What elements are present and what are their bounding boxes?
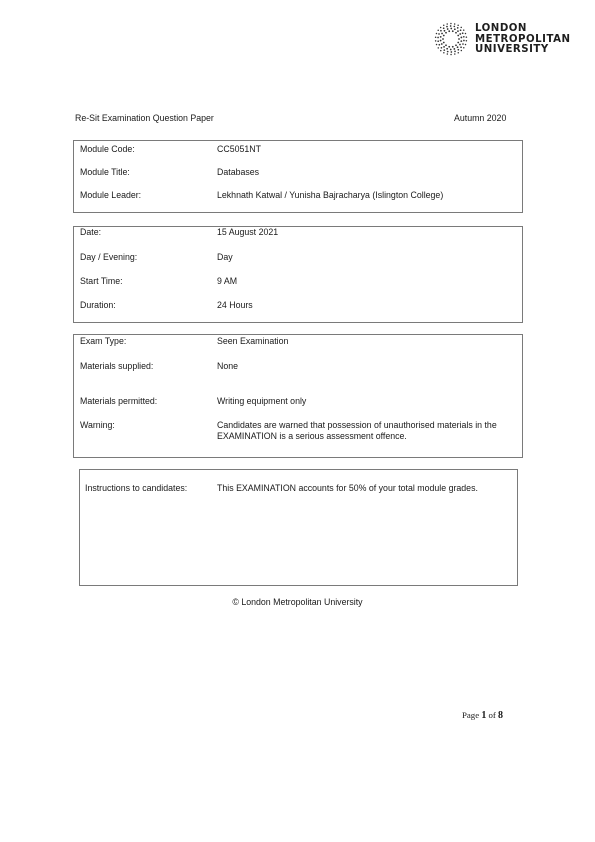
exam-type-value: Seen Examination — [217, 336, 288, 346]
page-prefix: Page — [462, 710, 479, 720]
day-evening-value: Day — [217, 252, 233, 262]
duration-value: 24 Hours — [217, 300, 253, 310]
module-info-box: Module Code: CC5051NT Module Title: Data… — [73, 140, 523, 213]
module-title-value: Databases — [217, 167, 259, 177]
schedule-box: Date: 15 August 2021 Day / Evening: Day … — [73, 226, 523, 323]
instructions-value: This EXAMINATION accounts for 50% of you… — [217, 483, 478, 493]
paper-title: Re-Sit Examination Question Paper — [75, 113, 214, 123]
start-time-label: Start Time: — [80, 276, 123, 286]
materials-supplied-label: Materials supplied: — [80, 361, 153, 371]
start-time-value: 9 AM — [217, 276, 237, 286]
module-title-label: Module Title: — [80, 167, 130, 177]
page-current: 1 — [481, 710, 486, 721]
copyright-notice: © London Metropolitan University — [0, 597, 595, 607]
date-label: Date: — [80, 227, 101, 237]
materials-permitted-label: Materials permitted: — [80, 396, 157, 406]
module-leader-label: Module Leader: — [80, 190, 141, 200]
logo-text: LONDON METROPOLITAN UNIVERSITY — [475, 24, 571, 56]
logo-line-1: LONDON — [475, 24, 571, 35]
university-logo: LONDON METROPOLITAN UNIVERSITY — [434, 22, 584, 58]
date-value: 15 August 2021 — [217, 227, 278, 237]
materials-supplied-value: None — [217, 361, 238, 371]
module-code-label: Module Code: — [80, 144, 135, 154]
page-total: 8 — [498, 710, 503, 721]
warning-label: Warning: — [80, 420, 115, 430]
page-number: Page 1 of 8 — [462, 710, 503, 721]
logo-line-3: UNIVERSITY — [475, 45, 571, 56]
module-leader-value: Lekhnath Katwal / Yunisha Bajracharya (I… — [217, 190, 443, 200]
exam-type-label: Exam Type: — [80, 336, 126, 346]
starburst-dots-icon — [434, 22, 470, 58]
instructions-box: Instructions to candidates: This EXAMINA… — [79, 469, 518, 586]
duration-label: Duration: — [80, 300, 116, 310]
instructions-label: Instructions to candidates: — [85, 483, 187, 493]
materials-permitted-value: Writing equipment only — [217, 396, 306, 406]
module-code-value: CC5051NT — [217, 144, 261, 154]
paper-session: Autumn 2020 — [454, 113, 506, 123]
page-of: of — [489, 710, 496, 720]
day-evening-label: Day / Evening: — [80, 252, 137, 262]
warning-value: Candidates are warned that possession of… — [217, 420, 517, 441]
exam-details-box: Exam Type: Seen Examination Materials su… — [73, 334, 523, 458]
